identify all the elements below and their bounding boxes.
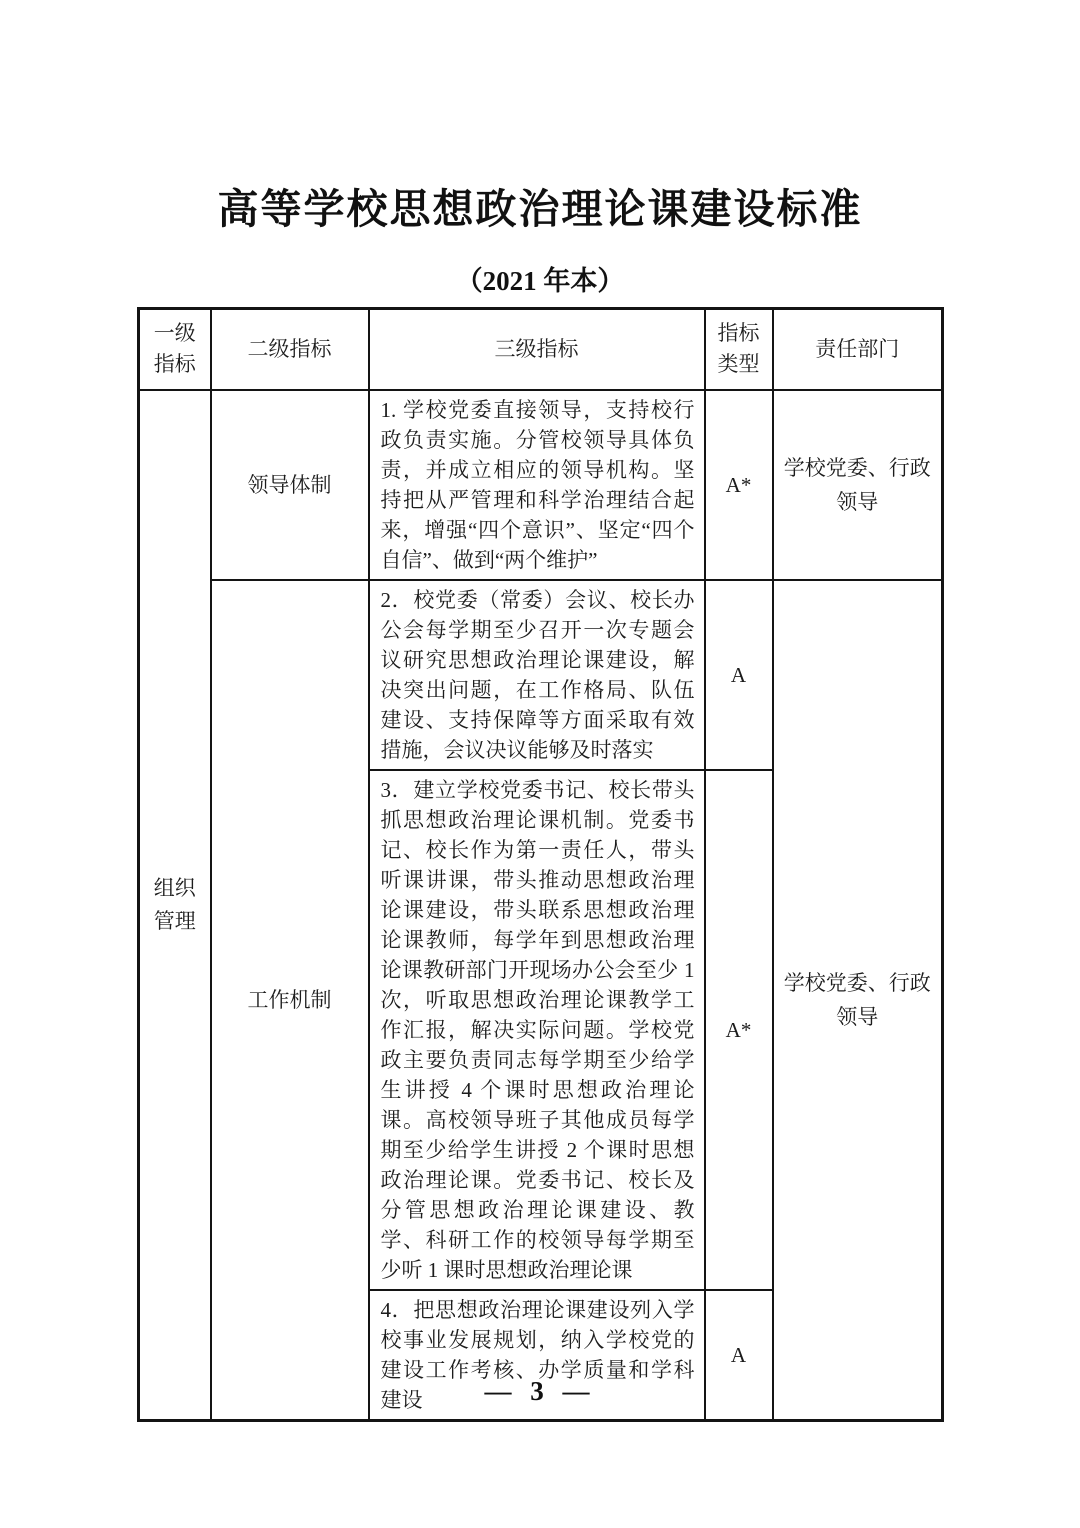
- cell-type-item2: A: [705, 580, 773, 770]
- cell-level2-leadership-system: 领导体制: [211, 390, 369, 580]
- header-level2-indicator: 二级指标: [211, 309, 369, 390]
- page-number: — 3 —: [0, 1376, 1080, 1407]
- page-title: 高等学校思想政治理论课建设标准: [0, 176, 1080, 235]
- cell-level2-work-mechanism: 工作机制: [211, 580, 369, 1421]
- header-level1-indicator: 一级指标: [139, 309, 211, 390]
- table-row: 组织管理 领导体制 1. 学校党委直接领导，支持校行政负责实施。分管校领导具体负…: [139, 390, 943, 580]
- page-subtitle: （2021 年本）: [0, 259, 1080, 298]
- cell-dept-item1: 学校党委、行政领导: [773, 390, 943, 580]
- cell-level3-item2: 2．校党委（常委）会议、校长办公会每学期至少召开一次专题会议研究思想政治理论课建…: [369, 580, 705, 770]
- cell-level3-item1: 1. 学校党委直接领导，支持校行政负责实施。分管校领导具体负责，并成立相应的领导…: [369, 390, 705, 580]
- header-indicator-type: 指标类型: [705, 309, 773, 390]
- standards-table: 一级指标 二级指标 三级指标 指标类型 责任部门 组织管理 领导体制 1. 学校…: [137, 307, 944, 1422]
- cell-dept-items2-4: 学校党委、行政领导: [773, 580, 943, 1421]
- cell-level3-item3: 3．建立学校党委书记、校长带头抓思想政治理论课机制。党委书记、校长作为第一责任人…: [369, 770, 705, 1290]
- cell-type-item3: A*: [705, 770, 773, 1290]
- header-responsible-dept: 责任部门: [773, 309, 943, 390]
- table-header-row: 一级指标 二级指标 三级指标 指标类型 责任部门: [139, 309, 943, 390]
- table-row: 工作机制 2．校党委（常委）会议、校长办公会每学期至少召开一次专题会议研究思想政…: [139, 580, 943, 770]
- cell-level1-organization-management: 组织管理: [139, 390, 211, 1421]
- header-level3-indicator: 三级指标: [369, 309, 705, 390]
- cell-type-item1: A*: [705, 390, 773, 580]
